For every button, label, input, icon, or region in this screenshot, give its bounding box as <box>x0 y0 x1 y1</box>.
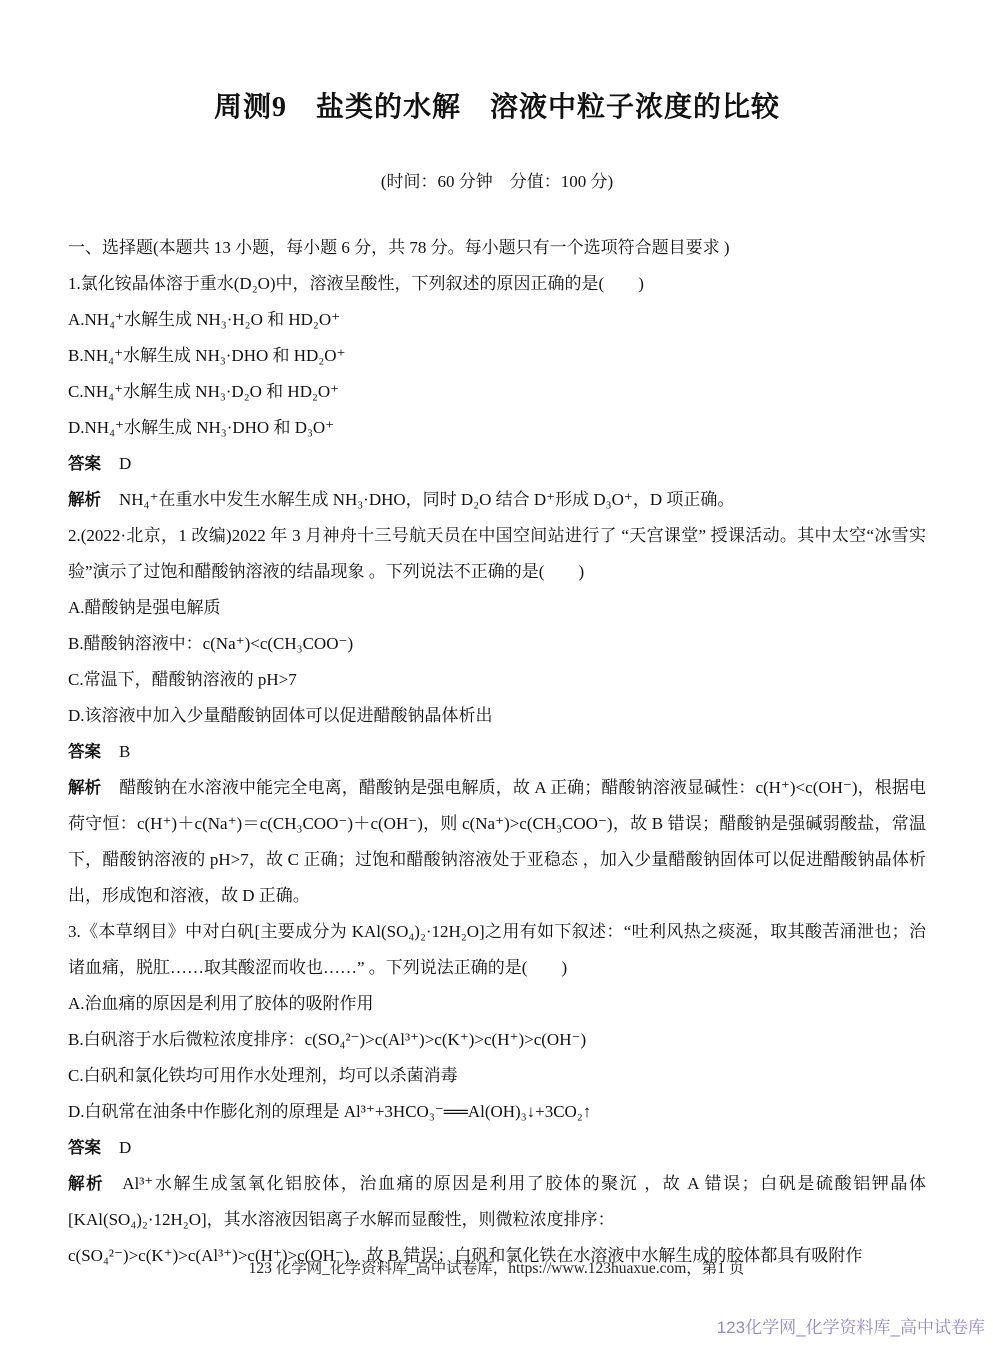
answer-label: 答案 <box>68 1139 101 1157</box>
footer-credit: 123 化学网_化学资料库_高中试卷库，https://www.123huaxu… <box>0 1258 993 1280</box>
question-3-option-a: A.治血痛的原因是利用了胶体的吸附作用 <box>68 986 926 1022</box>
question-2-answer-line: 答案B <box>68 734 926 770</box>
question-1: 1.氯化铵晶体溶于重水(D₂O)中，溶液呈酸性，下列叙述的原因正确的是( ) A… <box>68 266 926 518</box>
question-2: 2.(2022·北京，1 改编)2022 年 3 月神舟十三号航天员在中国空间站… <box>68 518 926 914</box>
question-1-answer-line: 答案D <box>68 446 926 482</box>
section-heading: 一、选择题(本题共 13 小题，每小题 6 分，共 78 分。每小题只有一个选项… <box>68 230 926 266</box>
question-2-option-c: C.常温下，醋酸钠溶液的 pH>7 <box>68 662 926 698</box>
question-2-option-d: D.该溶液中加入少量醋酸钠固体可以促进醋酸钠晶体析出 <box>68 698 926 734</box>
question-2-option-a: A.醋酸钠是强电解质 <box>68 590 926 626</box>
question-3-option-d: D.白矾常在油条中作膨化剂的原理是 Al³⁺+3HCO₃⁻══Al(OH)₃↓+… <box>68 1094 926 1130</box>
test-paper-page: 周测9 盐类的水解 溶液中粒子浓度的比较 (时间：60 分钟 分值：100 分)… <box>0 0 993 1347</box>
question-3-analysis-line: 解析Al³⁺水解生成氢氧化铝胶体，治血痛的原因是利用了胶体的聚沉 ，故 A 错误… <box>68 1166 926 1238</box>
analysis-label: 解析 <box>68 491 101 509</box>
question-2-option-b: B.醋酸钠溶液中：c(Na⁺)<c(CH₃COO⁻) <box>68 626 926 662</box>
watermark-text: 123化学网_化学资料库_高中试卷库 <box>717 1316 985 1340</box>
answer-label: 答案 <box>68 455 101 473</box>
question-3-analysis-text: Al³⁺水解生成氢氧化铝胶体，治血痛的原因是利用了胶体的聚沉 ，故 A 错误；白… <box>68 1174 926 1229</box>
question-1-option-b: B.NH₄⁺水解生成 NH₃·DHO 和 HD₂O⁺ <box>68 338 926 374</box>
question-1-stem: 1.氯化铵晶体溶于重水(D₂O)中，溶液呈酸性，下列叙述的原因正确的是( ) <box>68 266 926 302</box>
page-title: 周测9 盐类的水解 溶液中粒子浓度的比较 <box>68 90 926 126</box>
question-3: 3.《本草纲目》中对白矾[主要成分为 KAl(SO₄)₂·12H₂O]之用有如下… <box>68 914 926 1274</box>
answer-label: 答案 <box>68 743 101 761</box>
analysis-label: 解析 <box>68 1175 104 1193</box>
question-1-answer-value: D <box>119 454 131 473</box>
time-score-line: (时间：60 分钟 分值：100 分) <box>68 170 926 194</box>
question-3-option-b: B.白矾溶于水后微粒浓度排序：c(SO₄²⁻)>c(Al³⁺)>c(K⁺)>c(… <box>68 1022 926 1058</box>
question-3-stem: 3.《本草纲目》中对白矾[主要成分为 KAl(SO₄)₂·12H₂O]之用有如下… <box>68 914 926 986</box>
question-3-answer-line: 答案D <box>68 1130 926 1166</box>
paper-body: 一、选择题(本题共 13 小题，每小题 6 分，共 78 分。每小题只有一个选项… <box>68 230 926 1274</box>
question-2-stem: 2.(2022·北京，1 改编)2022 年 3 月神舟十三号航天员在中国空间站… <box>68 518 926 590</box>
analysis-label: 解析 <box>68 779 101 797</box>
paper-content: 周测9 盐类的水解 溶液中粒子浓度的比较 (时间：60 分钟 分值：100 分)… <box>68 0 926 1274</box>
question-2-answer-value: B <box>119 742 130 761</box>
question-3-answer-value: D <box>119 1138 131 1157</box>
question-2-analysis-text: 醋酸钠在水溶液中能完全电离，醋酸钠是强电解质，故 A 正确；醋酸钠溶液显碱性：c… <box>68 778 926 905</box>
question-2-analysis-line: 解析醋酸钠在水溶液中能完全电离，醋酸钠是强电解质，故 A 正确；醋酸钠溶液显碱性… <box>68 770 926 914</box>
question-3-option-c: C.白矾和氯化铁均可用作水处理剂，均可以杀菌消毒 <box>68 1058 926 1094</box>
question-1-analysis-line: 解析NH₄⁺在重水中发生水解生成 NH₃·DHO，同时 D₂O 结合 D⁺形成 … <box>68 482 926 518</box>
question-1-analysis-text: NH₄⁺在重水中发生水解生成 NH₃·DHO，同时 D₂O 结合 D⁺形成 D₃… <box>119 490 734 509</box>
question-1-option-c: C.NH₄⁺水解生成 NH₃·D₂O 和 HD₂O⁺ <box>68 374 926 410</box>
question-1-option-a: A.NH₄⁺水解生成 NH₃·H₂O 和 HD₂O⁺ <box>68 302 926 338</box>
question-1-option-d: D.NH₄⁺水解生成 NH₃·DHO 和 D₃O⁺ <box>68 410 926 446</box>
